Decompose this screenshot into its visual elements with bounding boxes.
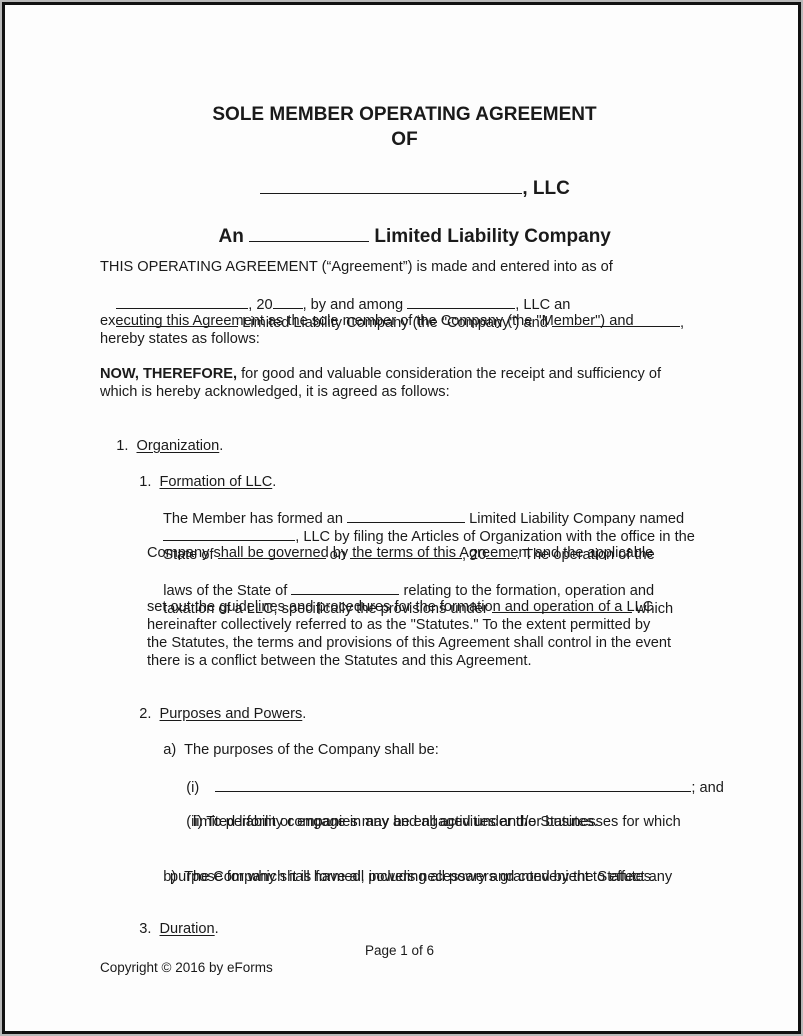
subsection-number: 2. [139, 706, 151, 722]
section-number: 1. [116, 438, 128, 454]
formation-line-9: the Statutes, the terms and provisions o… [147, 634, 671, 652]
now-therefore-line-2: which is hereby acknowledged, it is agre… [100, 383, 450, 401]
formation-line-10: there is a conflict between the Statutes… [147, 652, 532, 670]
now-therefore-bold: NOW, THEREFORE, [100, 366, 237, 382]
subsection-title: Formation of LLC [160, 474, 273, 490]
document-frame: SOLE MEMBER OPERATING AGREEMENT OF , LLC… [2, 2, 801, 1034]
now-therefore-line-1: NOW, THEREFORE, for good and valuable co… [100, 365, 661, 383]
document-title-of: OF [5, 129, 803, 151]
formation-line-4: Company shall be governed by the terms o… [147, 544, 653, 562]
formation-line-8: hereinafter collectively referred to as … [147, 616, 650, 634]
text: , [680, 315, 684, 331]
purpose-blank[interactable] [215, 777, 691, 792]
subsection-3-heading: 3. Duration. [123, 902, 219, 956]
document-title: SOLE MEMBER OPERATING AGREEMENT [5, 104, 803, 126]
document-page: SOLE MEMBER OPERATING AGREEMENT OF , LLC… [5, 5, 803, 1036]
subsection-title: Duration [160, 921, 215, 937]
preamble-line-5: hereby states as follows: [100, 330, 260, 348]
text: ; and [691, 780, 723, 796]
section-title: Organization [137, 438, 220, 454]
item-label: (i) [186, 780, 199, 796]
item-text: The purposes of the Company shall be: [184, 742, 439, 758]
subsection-title: Purposes and Powers [160, 706, 303, 722]
preamble-line-1: THIS OPERATING AGREEMENT (“Agreement”) i… [100, 258, 613, 276]
llc-suffix: , LLC [522, 178, 570, 199]
formation-line-7: set out the guidelines and procedures fo… [147, 598, 653, 616]
subtitle-prefix: An [219, 226, 244, 247]
subsection-number: 3. [139, 921, 151, 937]
subsection-number: 1. [139, 474, 151, 490]
item-label: a) [163, 742, 176, 758]
text: for good and valuable consideration the … [237, 366, 661, 382]
page-number: Page 1 of 6 [365, 943, 434, 958]
purpose-item-ii-line-2: limited liability companies may be engag… [193, 813, 598, 831]
copyright-notice: Copyright © 2016 by eForms [100, 960, 273, 975]
company-name-blank[interactable] [260, 175, 522, 194]
purpose-item-b-line-2: purpose for which it is formed, includin… [170, 868, 655, 886]
subtitle-suffix: Limited Liability Company [374, 226, 610, 247]
state-blank[interactable] [249, 223, 369, 242]
preamble-line-4: executing this Agreement as the sole mem… [100, 312, 634, 330]
